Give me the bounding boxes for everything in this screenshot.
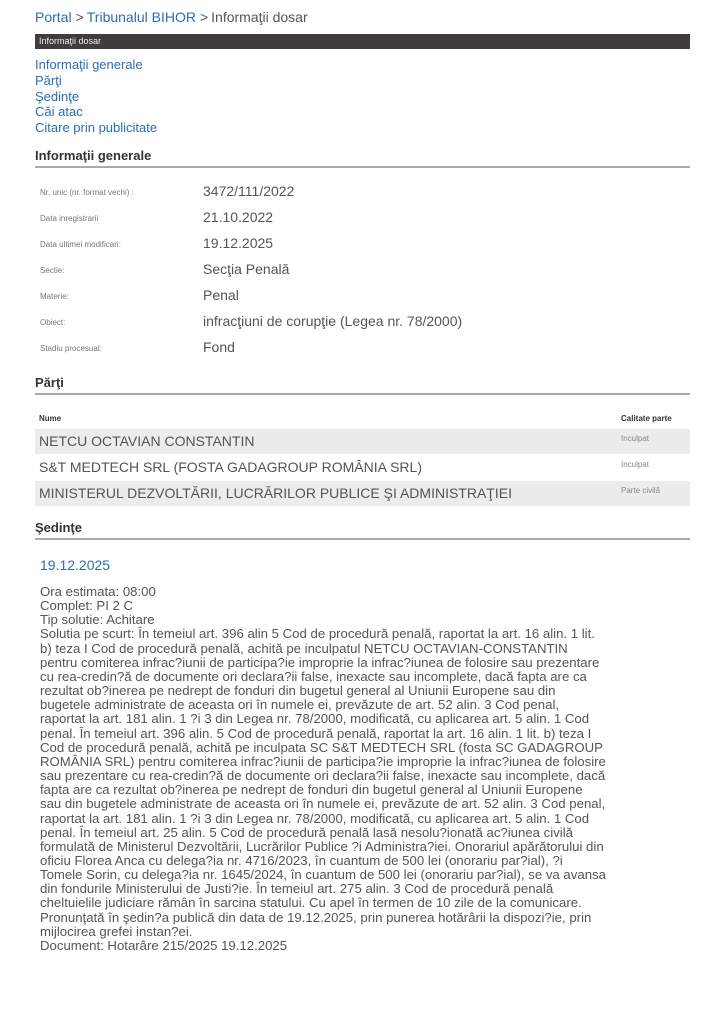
table-of-contents: Informaţii generale Părţi Şedinţe Căi at… xyxy=(35,57,157,136)
hearing-line: cu rea-credin?ă de documente ori declara… xyxy=(40,670,705,684)
info-row: Stadiu procesual: Fond xyxy=(35,343,690,369)
section-title-parties: Părţi xyxy=(35,375,690,395)
hearing-line: mijlocirea grefei instan?ei. xyxy=(40,925,705,939)
toc-link-sedinte[interactable]: Şedinţe xyxy=(35,89,157,105)
toc-link-parti[interactable]: Părţi xyxy=(35,73,157,89)
hearing-line: Tip solutie: Achitare xyxy=(40,613,705,627)
toc-link-citare-publicitate[interactable]: Citare prin publicitate xyxy=(35,120,157,136)
info-label: Data inregistrarii xyxy=(40,214,98,223)
party-name: MINISTERUL DEZVOLTĂRII, LUCRĂRILOR PUBLI… xyxy=(39,485,512,501)
header-bar: Informaţii dosar xyxy=(35,34,690,49)
column-header-name: Nume xyxy=(39,414,61,423)
party-row: S&T MEDTECH SRL (FOSTA GADAGROUP ROMÂNIA… xyxy=(35,455,690,480)
hearing-details: Ora estimata: 08:00Complet: PI 2 CTip so… xyxy=(40,585,705,953)
info-label: Materie: xyxy=(40,292,69,301)
hearing-line: Document: Hotarâre 215/2025 19.12.2025 xyxy=(40,939,705,953)
party-role: Inculpat xyxy=(621,434,649,443)
party-row: MINISTERUL DEZVOLTĂRII, LUCRĂRILOR PUBLI… xyxy=(35,481,690,506)
hearing-line: din fondurile Ministerului de Justi?ie. … xyxy=(40,882,705,896)
info-value: 3472/111/2022 xyxy=(203,183,294,199)
party-name: NETCU OCTAVIAN CONSTANTIN xyxy=(39,433,254,449)
hearing-line: sau din bugetele administrate de aceasta… xyxy=(40,797,705,811)
info-row: Obiect: infracţiuni de corupţie (Legea n… xyxy=(35,317,690,343)
info-value: Penal xyxy=(203,287,239,303)
hearing-line: Solutia pe scurt: În temeiul art. 396 al… xyxy=(40,627,705,641)
hearing-line: formulată de Ministerul Dezvoltării, Luc… xyxy=(40,840,705,854)
hearing-line: raportat la art. 181 alin. 1 ?i 3 din Le… xyxy=(40,712,705,726)
party-row: NETCU OCTAVIAN CONSTANTIN Inculpat xyxy=(35,429,690,454)
info-value: Fond xyxy=(203,339,235,355)
hearing-line: fapta are ca rezultat ob?inerea pe nedre… xyxy=(40,783,705,797)
hearing-line: Tomele Sorin, cu delega?ia nr. 1645/2024… xyxy=(40,868,705,882)
hearing-line: Cod de procedură penală, achită pe incul… xyxy=(40,741,705,755)
party-name: S&T MEDTECH SRL (FOSTA GADAGROUP ROMÂNIA… xyxy=(39,459,422,475)
info-row: Data inregistrarii 21.10.2022 xyxy=(35,213,690,239)
info-row: Nr. unic (nr. format vechi) : 3472/111/2… xyxy=(35,187,690,213)
breadcrumb-separator: > xyxy=(200,9,208,25)
info-label: Data ultimei modificari: xyxy=(40,240,121,249)
hearing-line: bugetele administrate de aceasta ori în … xyxy=(40,698,705,712)
breadcrumb-portal[interactable]: Portal xyxy=(35,9,72,25)
info-row: Sectie: Secţia Penală xyxy=(35,265,690,291)
section-title-hearings: Şedinţe xyxy=(35,520,690,540)
info-value: 21.10.2022 xyxy=(203,209,273,225)
hearing-line: Complet: PI 2 C xyxy=(40,599,705,613)
column-header-role: Calitate parte xyxy=(621,414,672,423)
breadcrumb-tribunal[interactable]: Tribunalul BIHOR xyxy=(87,9,196,25)
hearing-line: Pronunţată în şedin?a publică din data d… xyxy=(40,911,705,925)
hearing-line: penal. În temeiul art. 25 alin. 5 Cod de… xyxy=(40,826,705,840)
info-label: Stadiu procesual: xyxy=(40,344,102,353)
info-value: infracţiuni de corupţie (Legea nr. 78/20… xyxy=(203,313,462,329)
hearing-line: rezultat ob?inerea pe nedrept de fonduri… xyxy=(40,684,705,698)
hearing-line: pentru comiterea infrac?iunii de partici… xyxy=(40,656,705,670)
info-value: Secţia Penală xyxy=(203,261,289,277)
info-row: Data ultimei modificari: 19.12.2025 xyxy=(35,239,690,265)
hearing-line: b) teza I Cod de procedură penală, achit… xyxy=(40,642,705,656)
breadcrumb-current: Informaţii dosar xyxy=(211,9,307,25)
info-label: Sectie: xyxy=(40,266,64,275)
hearing-date: 19.12.2025 xyxy=(40,557,110,573)
info-value: 19.12.2025 xyxy=(203,235,273,251)
hearing-line: Ora estimata: 08:00 xyxy=(40,585,705,599)
hearing-line: sau prezentare cu rea-credin?ă de docume… xyxy=(40,769,705,783)
section-title-general-info: Informaţii generale xyxy=(35,148,690,168)
breadcrumb-separator: > xyxy=(76,9,84,25)
toc-link-informatii-generale[interactable]: Informaţii generale xyxy=(35,57,157,73)
info-label: Obiect: xyxy=(40,318,65,327)
breadcrumb: Portal>Tribunalul BIHOR>Informaţii dosar xyxy=(35,9,308,25)
hearing-line: raportat la art. 181 alin. 1 ?i 3 din Le… xyxy=(40,812,705,826)
hearing-line: cheltuielile judiciare rămân în sarcina … xyxy=(40,896,705,910)
info-label: Nr. unic (nr. format vechi) : xyxy=(40,188,134,197)
hearing-line: penal. În temeiul art. 396 alin. 5 Cod d… xyxy=(40,727,705,741)
hearing-line: ROMÂNIA SRL) pentru comiterea infrac?iun… xyxy=(40,755,705,769)
party-role: Inculpat xyxy=(621,460,649,469)
hearing-line: oficiu Florea Anca cu delega?ia nr. 4716… xyxy=(40,854,705,868)
toc-link-cai-atac[interactable]: Căi atac xyxy=(35,104,157,120)
party-role: Parte civilă xyxy=(621,486,660,495)
